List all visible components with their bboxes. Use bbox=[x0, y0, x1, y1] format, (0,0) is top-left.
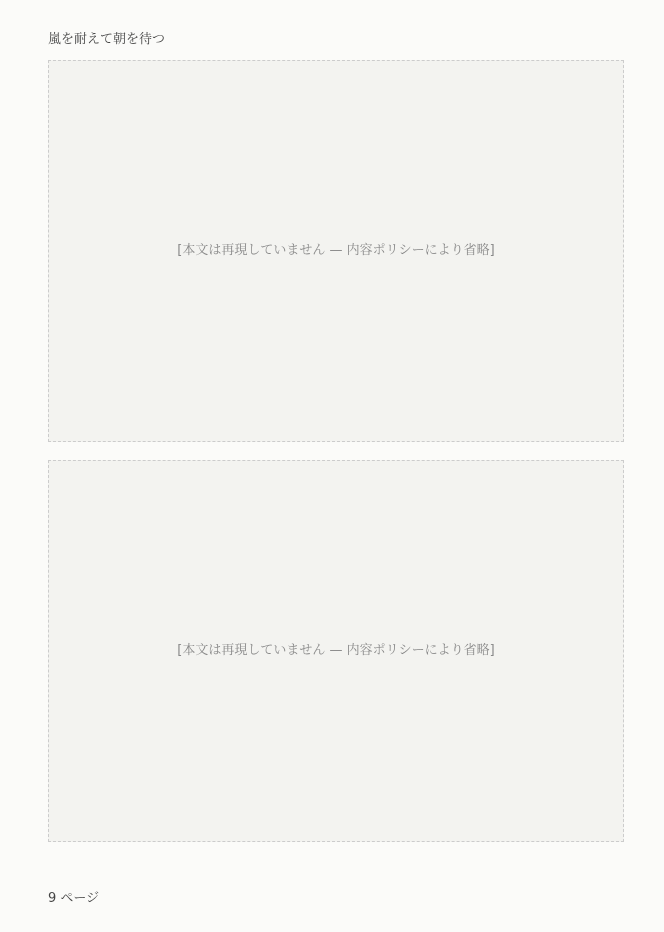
body-text-block-bottom: [本文は再現していません — 内容ポリシーにより省略] bbox=[48, 460, 624, 842]
page-number: 9 ページ bbox=[48, 887, 99, 906]
redaction-note: [本文は再現していません — 内容ポリシーにより省略] bbox=[165, 226, 506, 276]
redaction-note: [本文は再現していません — 内容ポリシーにより省略] bbox=[165, 626, 506, 676]
page-title: 嵐を耐えて朝を待つ bbox=[48, 28, 165, 47]
body-text-block-top: [本文は再現していません — 内容ポリシーにより省略] bbox=[48, 60, 624, 442]
